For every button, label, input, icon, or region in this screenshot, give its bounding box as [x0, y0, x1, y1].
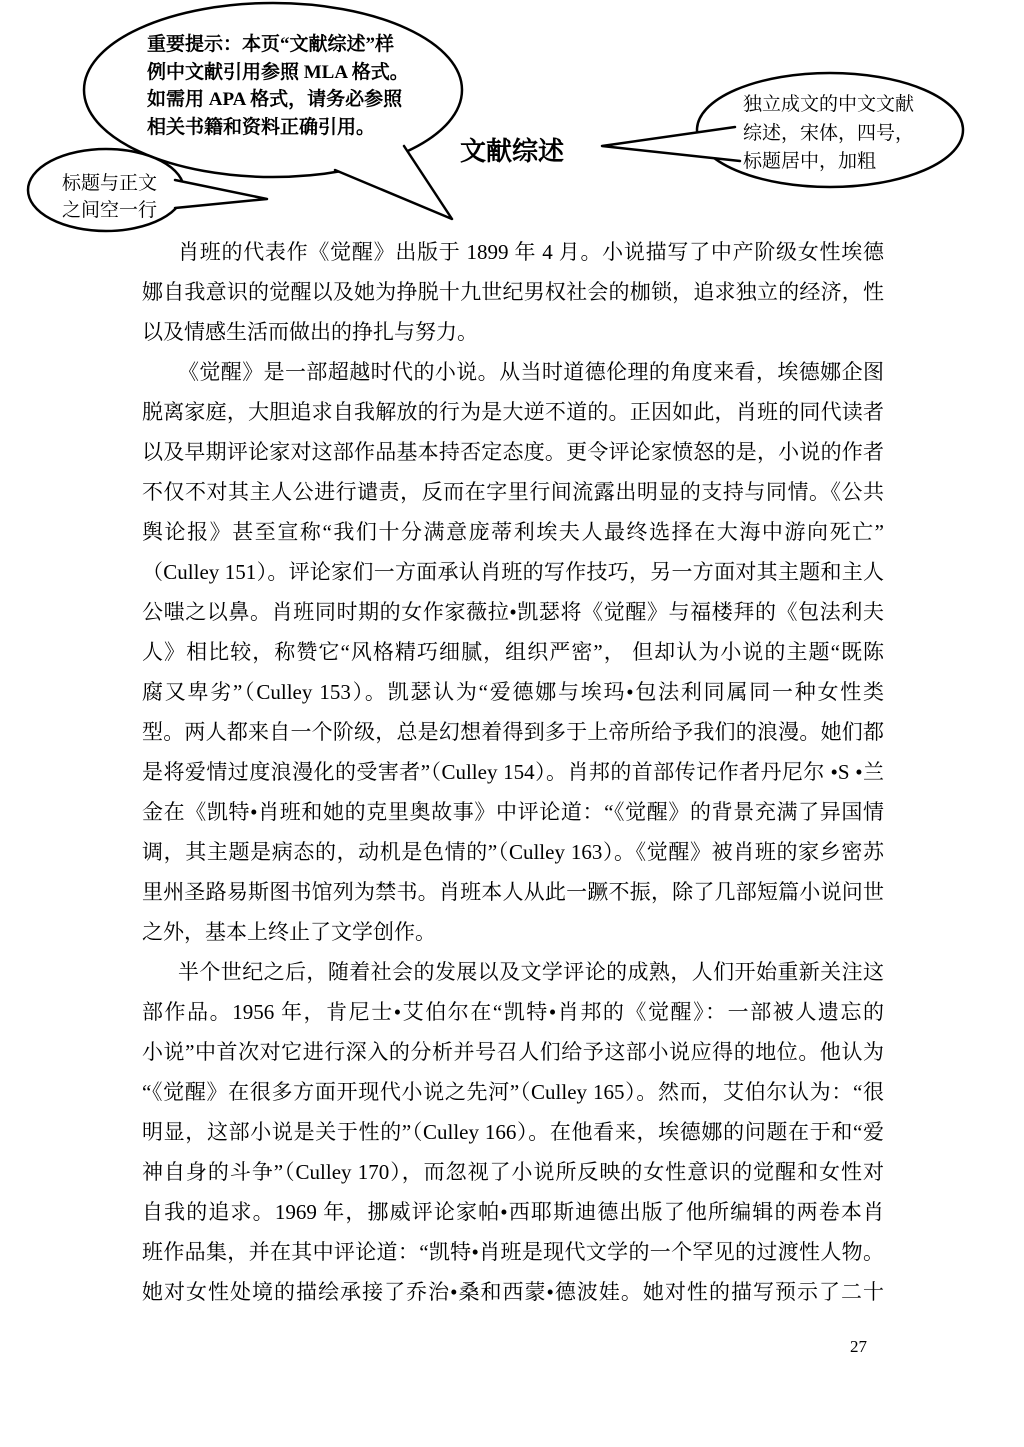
body-line: 部作品。1956 年，肯尼士•艾伯尔在“凯特•肖邦的《觉醒》：一部被人遗忘的	[142, 992, 884, 1032]
body-line: 里州圣路易斯图书馆列为禁书。肖班本人从此一蹶不振，除了几部短篇小说问世	[142, 872, 884, 912]
body-line: 班作品集，并在其中评论道：“凯特•肖班是现代文学的一个罕见的过渡性人物。	[142, 1232, 884, 1272]
document-page: 重要提示：本页“文献综述”样 例中文献引用参照 MLA 格式。 如需用 APA …	[0, 0, 1024, 1447]
body-line: 人》相比较，称赞它“风格精巧细腻，组织严密”， 但却认为小说的主题“既陈	[142, 632, 884, 672]
page-number: 27	[850, 1337, 867, 1357]
body-line: 金在《凯特•肖班和她的克里奥故事》中评论道：“《觉醒》的背景充满了异国情	[142, 792, 884, 832]
body-line: 之外，基本上终止了文学创作。	[142, 912, 884, 952]
body-line: 腐又卑劣”（Culley 153）。凯瑟认为“爱德娜与埃玛•包法利同属同一种女性…	[142, 672, 884, 712]
callout-line: 独立成文的中文文献	[743, 91, 914, 120]
body-line: 以及情感生活而做出的挣扎与努力。	[142, 312, 884, 352]
body-text: 肖班的代表作《觉醒》出版于 1899 年 4 月。小说描写了中产阶级女性埃德娜自…	[142, 232, 884, 1312]
body-line: 娜自我意识的觉醒以及她为挣脱十九世纪男权社会的枷锁，追求独立的经济，性	[142, 272, 884, 312]
body-line: 脱离家庭，大胆追求自我解放的行为是大逆不道的。正因如此，肖班的同代读者	[142, 392, 884, 432]
body-line: 不仅不对其主人公进行谴责，反而在字里行间流露出明显的支持与同情。《公共	[142, 472, 884, 512]
important-note-text: 重要提示：本页“文献综述”样 例中文献引用参照 MLA 格式。 如需用 APA …	[147, 31, 447, 141]
body-line: 以及早期评论家对这部作品基本持否定态度。更令评论家愤怒的是，小说的作者	[142, 432, 884, 472]
body-line: 型。两人都来自一个阶级，总是幻想着得到多于上帝所给予我们的浪漫。她们都	[142, 712, 884, 752]
callout-line: 重要提示：本页“文献综述”样	[147, 31, 447, 59]
body-line: 神自身的斗争”（Culley 170），而忽视了小说所反映的女性意识的觉醒和女性…	[142, 1152, 884, 1192]
body-line: 自我的追求。1969 年，挪威评论家帕•西耶斯迪德出版了他所编辑的两卷本肖	[142, 1192, 884, 1232]
callout-line: 标题与正文	[62, 170, 157, 197]
callout-line: 如需用 APA 格式，请务必参照	[147, 86, 447, 114]
spacing-note-text: 标题与正文 之间空一行	[62, 170, 157, 224]
body-line: 小说”中首次对它进行深入的分析并号召人们给予这部小说应得的地位。他认为	[142, 1032, 884, 1072]
body-line: （Culley 151）。评论家们一方面承认肖班的写作技巧，另一方面对其主题和主…	[142, 552, 884, 592]
body-line: 公嗤之以鼻。肖班同时期的女作家薇拉•凯瑟将《觉醒》与福楼拜的《包法利夫	[142, 592, 884, 632]
callout-line: 例中文献引用参照 MLA 格式。	[147, 59, 447, 87]
body-line: 调，其主题是病态的，动机是色情的”（Culley 163）。《觉醒》被肖班的家乡…	[142, 832, 884, 872]
body-line: 她对女性处境的描绘承接了乔治•桑和西蒙•德波娃。她对性的描写预示了二十	[142, 1272, 884, 1312]
body-line: “《觉醒》在很多方面开现代小说之先河”（Culley 165）。然而，艾伯尔认为…	[142, 1072, 884, 1112]
body-line: 《觉醒》是一部超越时代的小说。从当时道德伦理的角度来看，埃德娜企图	[142, 352, 884, 392]
body-line: 半个世纪之后，随着社会的发展以及文学评论的成熟，人们开始重新关注这	[142, 952, 884, 992]
callout-line: 之间空一行	[62, 197, 157, 224]
section-title: 文献综述	[0, 137, 1024, 167]
body-line: 肖班的代表作《觉醒》出版于 1899 年 4 月。小说描写了中产阶级女性埃德	[142, 232, 884, 272]
body-line: 舆论报》甚至宣称“我们十分满意庞蒂利埃夫人最终选择在大海中游向死亡”	[142, 512, 884, 552]
body-line: 是将爱情过度浪漫化的受害者”（Culley 154）。肖邦的首部传记作者丹尼尔 …	[142, 752, 884, 792]
body-line: 明显，这部小说是关于性的”（Culley 166）。在他看来，埃德娜的问题在于和…	[142, 1112, 884, 1152]
